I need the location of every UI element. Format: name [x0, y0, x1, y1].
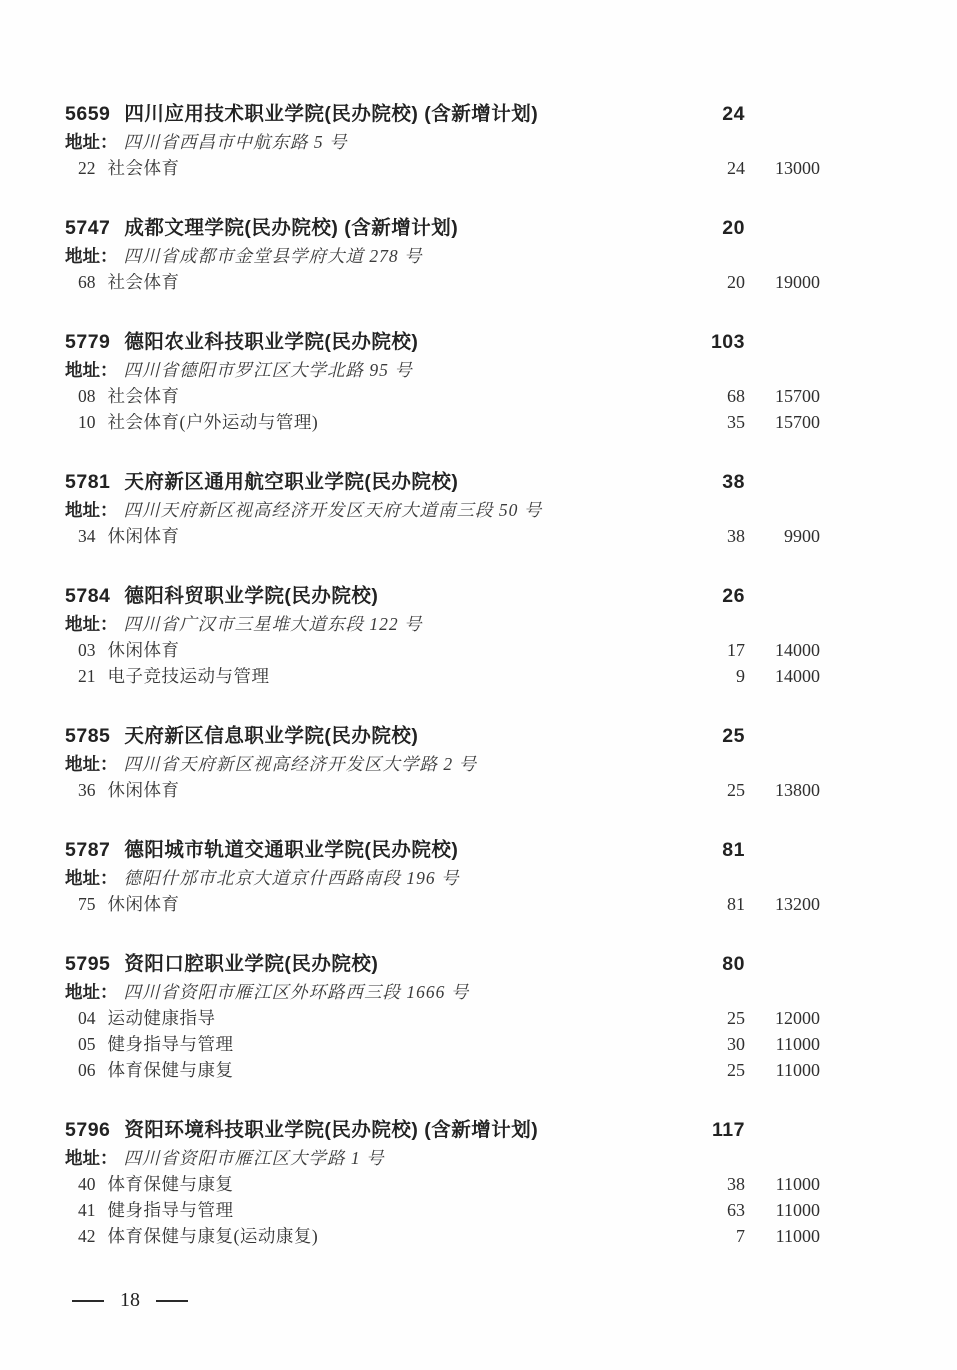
- institution-header: 5781 天府新区通用航空职业学院(民办院校) 38: [65, 468, 820, 496]
- institution-name: 成都文理学院(民办院校) (含新增计划): [124, 214, 675, 242]
- program-name: 社会体育: [108, 383, 676, 409]
- program-list: 40 体育保健与康复 38 11000 41 健身指导与管理 63 11000 …: [65, 1171, 820, 1249]
- program-count: 35: [675, 409, 745, 435]
- institution-name: 德阳科贸职业学院(民办院校): [124, 582, 675, 610]
- program-code: 34: [78, 523, 96, 549]
- program-count: 30: [675, 1031, 745, 1057]
- institution-code: 5785: [65, 722, 110, 750]
- program-fee: 19000: [745, 269, 820, 295]
- program-count: 20: [675, 269, 745, 295]
- program-name: 社会体育: [108, 269, 676, 295]
- institution-header: 5659 四川应用技术职业学院(民办院校) (含新增计划) 24: [65, 100, 820, 128]
- program-name: 休闲体育: [108, 891, 676, 917]
- program-code: 05: [78, 1031, 96, 1057]
- institution-code: 5795: [65, 950, 110, 978]
- program-fee: 13200: [745, 891, 820, 917]
- program-count: 7: [675, 1223, 745, 1249]
- program-list: 08 社会体育 68 15700 10 社会体育(户外运动与管理) 35 157…: [65, 383, 820, 435]
- institution-header: 5785 天府新区信息职业学院(民办院校) 25: [65, 722, 820, 750]
- institution-group: 5796 资阳环境科技职业学院(民办院校) (含新增计划) 117 地址：四川省…: [65, 1116, 820, 1249]
- address-value: 四川省成都市金堂县学府大道 278 号: [124, 246, 423, 266]
- program-fee: 11000: [745, 1223, 820, 1249]
- program-list: 36 休闲体育 25 13800: [65, 777, 820, 803]
- institution-group: 5659 四川应用技术职业学院(民办院校) (含新增计划) 24 地址：四川省西…: [65, 100, 820, 181]
- program-fee: 11000: [745, 1031, 820, 1057]
- institution-group: 5785 天府新区信息职业学院(民办院校) 25 地址：四川省天府新区视高经济开…: [65, 722, 820, 803]
- program-row: 36 休闲体育 25 13800: [65, 777, 820, 803]
- program-row: 03 休闲体育 17 14000: [65, 637, 820, 663]
- institution-total-count: 103: [675, 328, 745, 356]
- address-label: 地址：: [65, 754, 118, 774]
- program-list: 22 社会体育 24 13000: [65, 155, 820, 181]
- program-fee: 11000: [745, 1171, 820, 1197]
- address-line: 地址：四川省天府新区视高经济开发区大学路 2 号: [65, 751, 820, 777]
- program-code: 04: [78, 1005, 96, 1031]
- institution-code: 5779: [65, 328, 110, 356]
- address-line: 地址：四川省成都市金堂县学府大道 278 号: [65, 243, 820, 269]
- program-name: 休闲体育: [108, 777, 676, 803]
- institution-group: 5784 德阳科贸职业学院(民办院校) 26 地址：四川省广汉市三星堆大道东段 …: [65, 582, 820, 689]
- program-row: 68 社会体育 20 19000: [65, 269, 820, 295]
- institution-header: 5787 德阳城市轨道交通职业学院(民办院校) 81: [65, 836, 820, 864]
- program-code: 22: [78, 155, 96, 181]
- program-code: 40: [78, 1171, 96, 1197]
- institution-group: 5781 天府新区通用航空职业学院(民办院校) 38 地址：四川天府新区视高经济…: [65, 468, 820, 549]
- address-value: 四川省广汉市三星堆大道东段 122 号: [124, 614, 423, 634]
- address-line: 地址：四川省广汉市三星堆大道东段 122 号: [65, 611, 820, 637]
- institution-code: 5784: [65, 582, 110, 610]
- institution-group: 5779 德阳农业科技职业学院(民办院校) 103 地址：四川省德阳市罗江区大学…: [65, 328, 820, 435]
- institution-name: 德阳农业科技职业学院(民办院校): [124, 328, 675, 356]
- address-line: 地址：四川天府新区视高经济开发区天府大道南三段 50 号: [65, 497, 820, 523]
- program-fee: 13800: [745, 777, 820, 803]
- program-row: 75 休闲体育 81 13200: [65, 891, 820, 917]
- program-name: 体育保健与康复(运动康复): [108, 1223, 676, 1249]
- institution-code: 5781: [65, 468, 110, 496]
- address-line: 地址：四川省资阳市雁江区大学路 1 号: [65, 1145, 820, 1171]
- program-row: 40 体育保健与康复 38 11000: [65, 1171, 820, 1197]
- program-code: 10: [78, 409, 96, 435]
- program-count: 17: [675, 637, 745, 663]
- program-name: 体育保健与康复: [108, 1171, 676, 1197]
- institution-group: 5787 德阳城市轨道交通职业学院(民办院校) 81 地址：德阳什邡市北京大道京…: [65, 836, 820, 917]
- address-label: 地址：: [65, 246, 118, 266]
- address-value: 四川省西昌市中航东路 5 号: [124, 132, 348, 152]
- institution-total-count: 25: [675, 722, 745, 750]
- program-name: 休闲体育: [108, 637, 676, 663]
- address-line: 地址：四川省西昌市中航东路 5 号: [65, 129, 820, 155]
- institution-name: 资阳环境科技职业学院(民办院校) (含新增计划): [124, 1116, 675, 1144]
- program-fee: 13000: [745, 155, 820, 181]
- program-fee: 14000: [745, 637, 820, 663]
- institution-total-count: 26: [675, 582, 745, 610]
- program-list: 68 社会体育 20 19000: [65, 269, 820, 295]
- program-count: 25: [675, 1057, 745, 1083]
- program-count: 81: [675, 891, 745, 917]
- program-fee: 9900: [745, 523, 820, 549]
- address-label: 地址：: [65, 614, 118, 634]
- institution-group: 5795 资阳口腔职业学院(民办院校) 80 地址：四川省资阳市雁江区外环路西三…: [65, 950, 820, 1083]
- program-name: 体育保健与康复: [108, 1057, 676, 1083]
- footer-right-dash: [156, 1300, 188, 1302]
- address-value: 四川省资阳市雁江区外环路西三段 1666 号: [124, 982, 470, 1002]
- program-count: 38: [675, 1171, 745, 1197]
- address-label: 地址：: [65, 500, 118, 520]
- program-name: 电子竞技运动与管理: [108, 663, 676, 689]
- program-row: 21 电子竞技运动与管理 9 14000: [65, 663, 820, 689]
- program-fee: 15700: [745, 409, 820, 435]
- address-line: 地址：四川省德阳市罗江区大学北路 95 号: [65, 357, 820, 383]
- page-number: 18: [120, 1289, 140, 1312]
- institution-header: 5784 德阳科贸职业学院(民办院校) 26: [65, 582, 820, 610]
- program-count: 38: [675, 523, 745, 549]
- program-row: 42 体育保健与康复(运动康复) 7 11000: [65, 1223, 820, 1249]
- institution-name: 天府新区通用航空职业学院(民办院校): [124, 468, 675, 496]
- program-name: 休闲体育: [108, 523, 676, 549]
- program-name: 运动健康指导: [108, 1005, 676, 1031]
- program-code: 08: [78, 383, 96, 409]
- program-row: 05 健身指导与管理 30 11000: [65, 1031, 820, 1057]
- institution-name: 德阳城市轨道交通职业学院(民办院校): [124, 836, 675, 864]
- program-code: 03: [78, 637, 96, 663]
- program-fee: 11000: [745, 1197, 820, 1223]
- program-count: 63: [675, 1197, 745, 1223]
- program-code: 42: [78, 1223, 96, 1249]
- program-fee: 12000: [745, 1005, 820, 1031]
- institution-total-count: 38: [675, 468, 745, 496]
- program-code: 75: [78, 891, 96, 917]
- institution-header: 5747 成都文理学院(民办院校) (含新增计划) 20: [65, 214, 820, 242]
- institution-header: 5779 德阳农业科技职业学院(民办院校) 103: [65, 328, 820, 356]
- institution-code: 5787: [65, 836, 110, 864]
- institution-total-count: 80: [675, 950, 745, 978]
- address-line: 地址：德阳什邡市北京大道京什西路南段 196 号: [65, 865, 820, 891]
- program-code: 21: [78, 663, 96, 689]
- program-code: 41: [78, 1197, 96, 1223]
- program-name: 社会体育: [108, 155, 676, 181]
- program-name: 健身指导与管理: [108, 1031, 676, 1057]
- program-count: 25: [675, 777, 745, 803]
- address-value: 四川省德阳市罗江区大学北路 95 号: [124, 360, 413, 380]
- program-count: 9: [675, 663, 745, 689]
- institution-total-count: 24: [675, 100, 745, 128]
- program-list: 34 休闲体育 38 9900: [65, 523, 820, 549]
- footer-left-dash: [72, 1300, 104, 1302]
- program-row: 08 社会体育 68 15700: [65, 383, 820, 409]
- institution-total-count: 117: [675, 1116, 745, 1144]
- institution-header: 5796 资阳环境科技职业学院(民办院校) (含新增计划) 117: [65, 1116, 820, 1144]
- program-list: 04 运动健康指导 25 12000 05 健身指导与管理 30 11000 0…: [65, 1005, 820, 1083]
- address-label: 地址：: [65, 982, 118, 1002]
- program-row: 06 体育保健与康复 25 11000: [65, 1057, 820, 1083]
- program-count: 68: [675, 383, 745, 409]
- program-fee: 11000: [745, 1057, 820, 1083]
- program-row: 04 运动健康指导 25 12000: [65, 1005, 820, 1031]
- institution-total-count: 81: [675, 836, 745, 864]
- address-value: 四川省天府新区视高经济开发区大学路 2 号: [124, 754, 478, 774]
- program-row: 41 健身指导与管理 63 11000: [65, 1197, 820, 1223]
- institution-total-count: 20: [675, 214, 745, 242]
- program-name: 健身指导与管理: [108, 1197, 676, 1223]
- program-code: 06: [78, 1057, 96, 1083]
- program-code: 36: [78, 777, 96, 803]
- program-row: 22 社会体育 24 13000: [65, 155, 820, 181]
- institution-list: 5659 四川应用技术职业学院(民办院校) (含新增计划) 24 地址：四川省西…: [65, 100, 820, 1282]
- program-fee: 15700: [745, 383, 820, 409]
- document-page: 5659 四川应用技术职业学院(民办院校) (含新增计划) 24 地址：四川省西…: [0, 0, 957, 1370]
- program-row: 34 休闲体育 38 9900: [65, 523, 820, 549]
- program-count: 24: [675, 155, 745, 181]
- institution-code: 5659: [65, 100, 110, 128]
- page-footer: 18: [72, 1289, 188, 1312]
- institution-name: 四川应用技术职业学院(民办院校) (含新增计划): [124, 100, 675, 128]
- program-list: 03 休闲体育 17 14000 21 电子竞技运动与管理 9 14000: [65, 637, 820, 689]
- address-label: 地址：: [65, 868, 118, 888]
- program-row: 10 社会体育(户外运动与管理) 35 15700: [65, 409, 820, 435]
- institution-name: 资阳口腔职业学院(民办院校): [124, 950, 675, 978]
- program-count: 25: [675, 1005, 745, 1031]
- address-value: 四川天府新区视高经济开发区天府大道南三段 50 号: [124, 500, 543, 520]
- address-value: 德阳什邡市北京大道京什西路南段 196 号: [124, 868, 460, 888]
- institution-code: 5796: [65, 1116, 110, 1144]
- address-line: 地址：四川省资阳市雁江区外环路西三段 1666 号: [65, 979, 820, 1005]
- address-label: 地址：: [65, 1148, 118, 1168]
- address-value: 四川省资阳市雁江区大学路 1 号: [124, 1148, 385, 1168]
- program-code: 68: [78, 269, 96, 295]
- institution-name: 天府新区信息职业学院(民办院校): [124, 722, 675, 750]
- address-label: 地址：: [65, 132, 118, 152]
- institution-group: 5747 成都文理学院(民办院校) (含新增计划) 20 地址：四川省成都市金堂…: [65, 214, 820, 295]
- institution-header: 5795 资阳口腔职业学院(民办院校) 80: [65, 950, 820, 978]
- institution-code: 5747: [65, 214, 110, 242]
- program-list: 75 休闲体育 81 13200: [65, 891, 820, 917]
- program-fee: 14000: [745, 663, 820, 689]
- address-label: 地址：: [65, 360, 118, 380]
- program-name: 社会体育(户外运动与管理): [108, 409, 676, 435]
